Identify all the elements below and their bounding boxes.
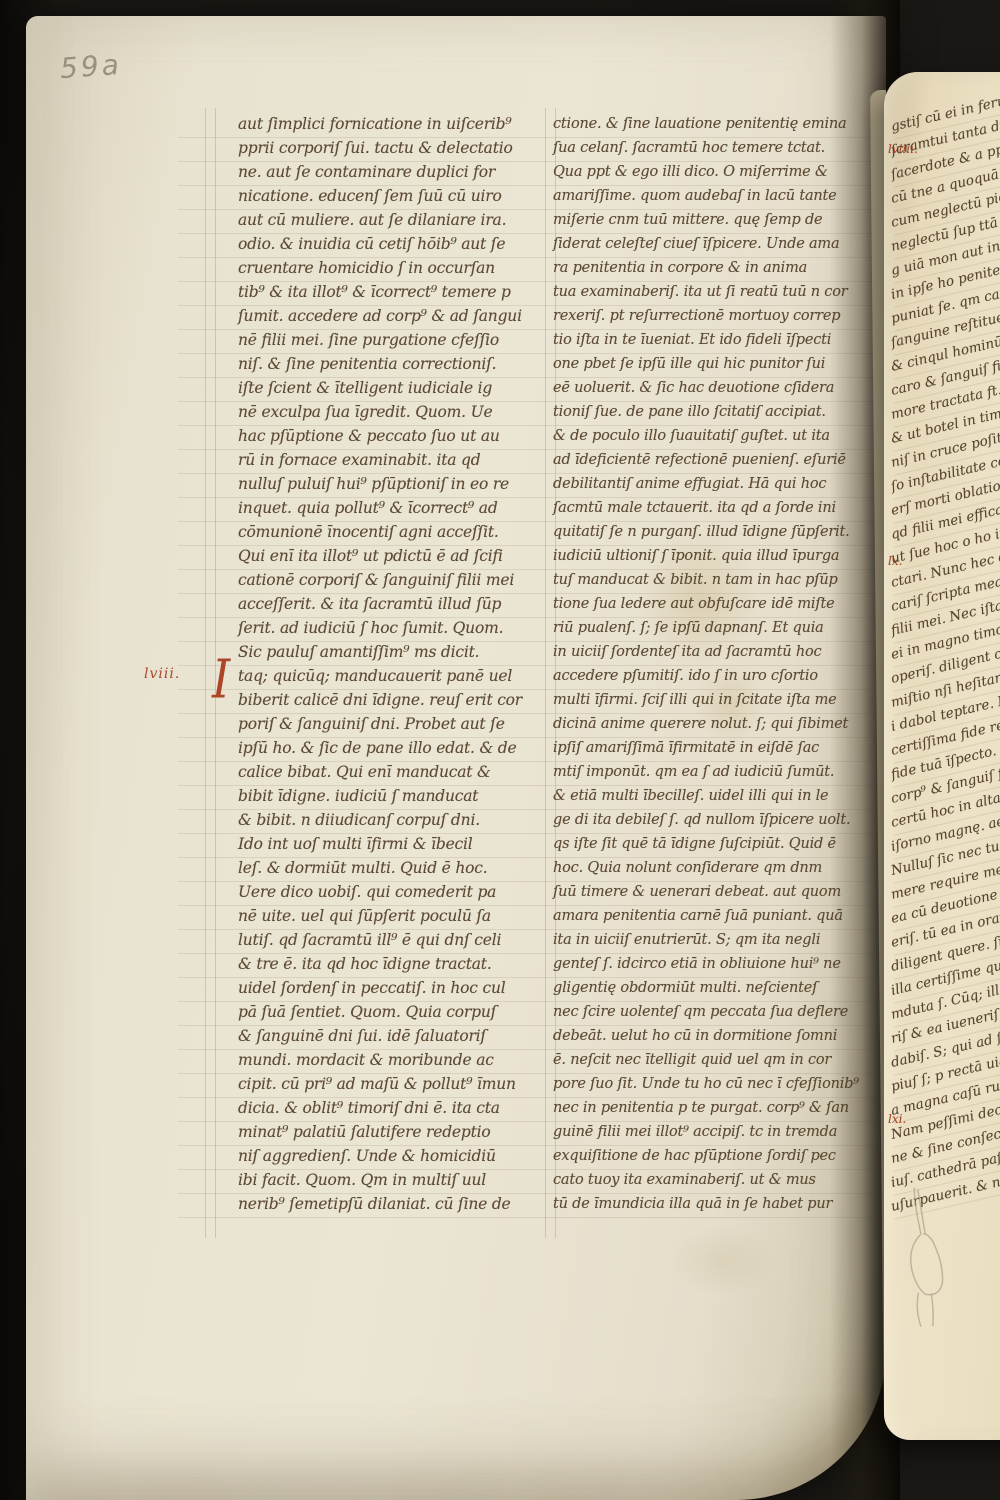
text-line: taq; quicūq; manducauerit panē uel	[238, 664, 533, 688]
text-column-right-page: lviiii. lx. lxi. gstiſ cū ei in feruoreſ…	[892, 116, 1000, 1220]
text-line: aut ſimplici fornicatione in uiſcerib⁹	[238, 112, 533, 136]
text-line: & tre ē. ita qd hoc īdigne tractat.	[238, 952, 533, 976]
text-line: hac pſūptione & peccato ſuo ut au	[238, 424, 533, 448]
text-line: cationē corporiſ & ſanguiniſ filii mei	[238, 568, 533, 592]
text-line: mundi. mordacit & moribunde ac	[238, 1048, 533, 1072]
text-line: uidel ſordenſ in peccatiſ. in hoc cul	[238, 976, 533, 1000]
text-line: pā ſuā ſentiet. Quom. Quia corpuſ	[238, 1000, 533, 1024]
text-line: dicia. & oblit⁹ timoriſ dni ē. ita cta	[238, 1096, 533, 1120]
text-line: ſerit. ad iudiciū ſ hoc ſumit. Quom.	[238, 616, 533, 640]
text-line: calice bibat. Qui enī manducat &	[238, 760, 533, 784]
text-line: inquet. quia pollut⁹ & īcorrect⁹ ad	[238, 496, 533, 520]
text-line: cruentare homicidio ſ in occurſan	[238, 256, 533, 280]
folio-number: 59a	[59, 48, 123, 85]
text-line: lutiſ. qd ſacramtū ill⁹ ē qui dnſ celi	[238, 928, 533, 952]
text-line: ſumit. accedere ad corp⁹ & ad ſangui	[238, 304, 533, 328]
text-line: tib⁹ & ita illot⁹ & īcorrect⁹ temere p	[238, 280, 533, 304]
text-line: & ſanguinē dni ſui. idē ſaluatoriſ	[238, 1024, 533, 1048]
text-line: ipſū ho. & ſic de pane illo edat. & de	[238, 736, 533, 760]
text-line: pprii corporiſ ſui. tactu & delectatio	[238, 136, 533, 160]
text-line: nē uite. uel qui ſūpſerit poculū ſa	[238, 904, 533, 928]
text-line: ne. aut ſe contaminare duplici for	[238, 160, 533, 184]
text-line: iſte ſcient & ītelligent iudiciale ig	[238, 376, 533, 400]
text-line: nerib⁹ ſemetipſū dilaniat. cū ſine de	[238, 1192, 533, 1216]
text-line: biberit calicē dni īdigne. reuſ erit cor	[238, 688, 533, 712]
text-line: rū in fornace examinabit. ita qd	[238, 448, 533, 472]
manuscript-page-left: 59a lviii. I aut ſimplici fornicatione i…	[26, 16, 886, 1500]
ruling-vertical	[205, 108, 206, 1238]
text-line: nicatione. educenſ ſem ſuū cū uiro	[238, 184, 533, 208]
text-line: nē exculpa ſua īgredit. Quom. Ue	[238, 400, 533, 424]
text-line: nulluſ puluiſ hui⁹ pſūptioniſ in eo re	[238, 472, 533, 496]
manuscript-page-right: lviiii. lx. lxi. gstiſ cū ei in feruoreſ…	[884, 72, 1000, 1440]
text-line: Ido int uoſ multi īfirmi & ībecil	[238, 832, 533, 856]
text-line: odio. & inuidia cū cetiſ hōib⁹ aut ſe	[238, 232, 533, 256]
text-line: cipit. cū pri⁹ ad maſū & pollut⁹ īmun	[238, 1072, 533, 1096]
text-line: Sic pauluſ amantiſſim⁹ ms dicit.	[238, 640, 533, 664]
text-line: Uere dico uobiſ. qui comederit pa	[238, 880, 533, 904]
text-line: cōmunionē īnocentiſ agni acceſſit.	[238, 520, 533, 544]
text-line: minat⁹ palatiū ſalutifere redeptio	[238, 1120, 533, 1144]
text-line: niſ aggredienſ. Unde & homicidiū	[238, 1144, 533, 1168]
text-line: niſ. & ſine penitentia correctioniſ.	[238, 352, 533, 376]
manuscript-photo: 59a lviii. I aut ſimplici fornicatione i…	[0, 0, 1000, 1500]
text-column-1: aut ſimplici fornicatione in uiſcerib⁹pp…	[238, 112, 533, 1216]
text-line: nē filii mei. ſine purgatione cfeſſio	[238, 328, 533, 352]
rubricated-initial: I	[212, 653, 230, 706]
ruling-vertical	[545, 108, 546, 1238]
text-line: acceſſerit. & ita ſacramtū illud ſūp	[238, 592, 533, 616]
text-line: poriſ & ſanguiniſ dni. Probet aut ſe	[238, 712, 533, 736]
text-line: bibit īdigne. iudiciū ſ manducat	[238, 784, 533, 808]
text-line: & bibit. n diiudicanſ corpuſ dni.	[238, 808, 533, 832]
text-line: leſ. & dormiūt multi. Quid ē hoc.	[238, 856, 533, 880]
text-line: Qui enī ita illot⁹ ut pdictū ē ad ſcifi	[238, 544, 533, 568]
text-line: ibi facit. Quom. Qm in multiſ uul	[238, 1168, 533, 1192]
chapter-number-marginal: lviii.	[144, 666, 180, 682]
text-line: aut cū muliere. aut ſe dilaniare ira.	[238, 208, 533, 232]
